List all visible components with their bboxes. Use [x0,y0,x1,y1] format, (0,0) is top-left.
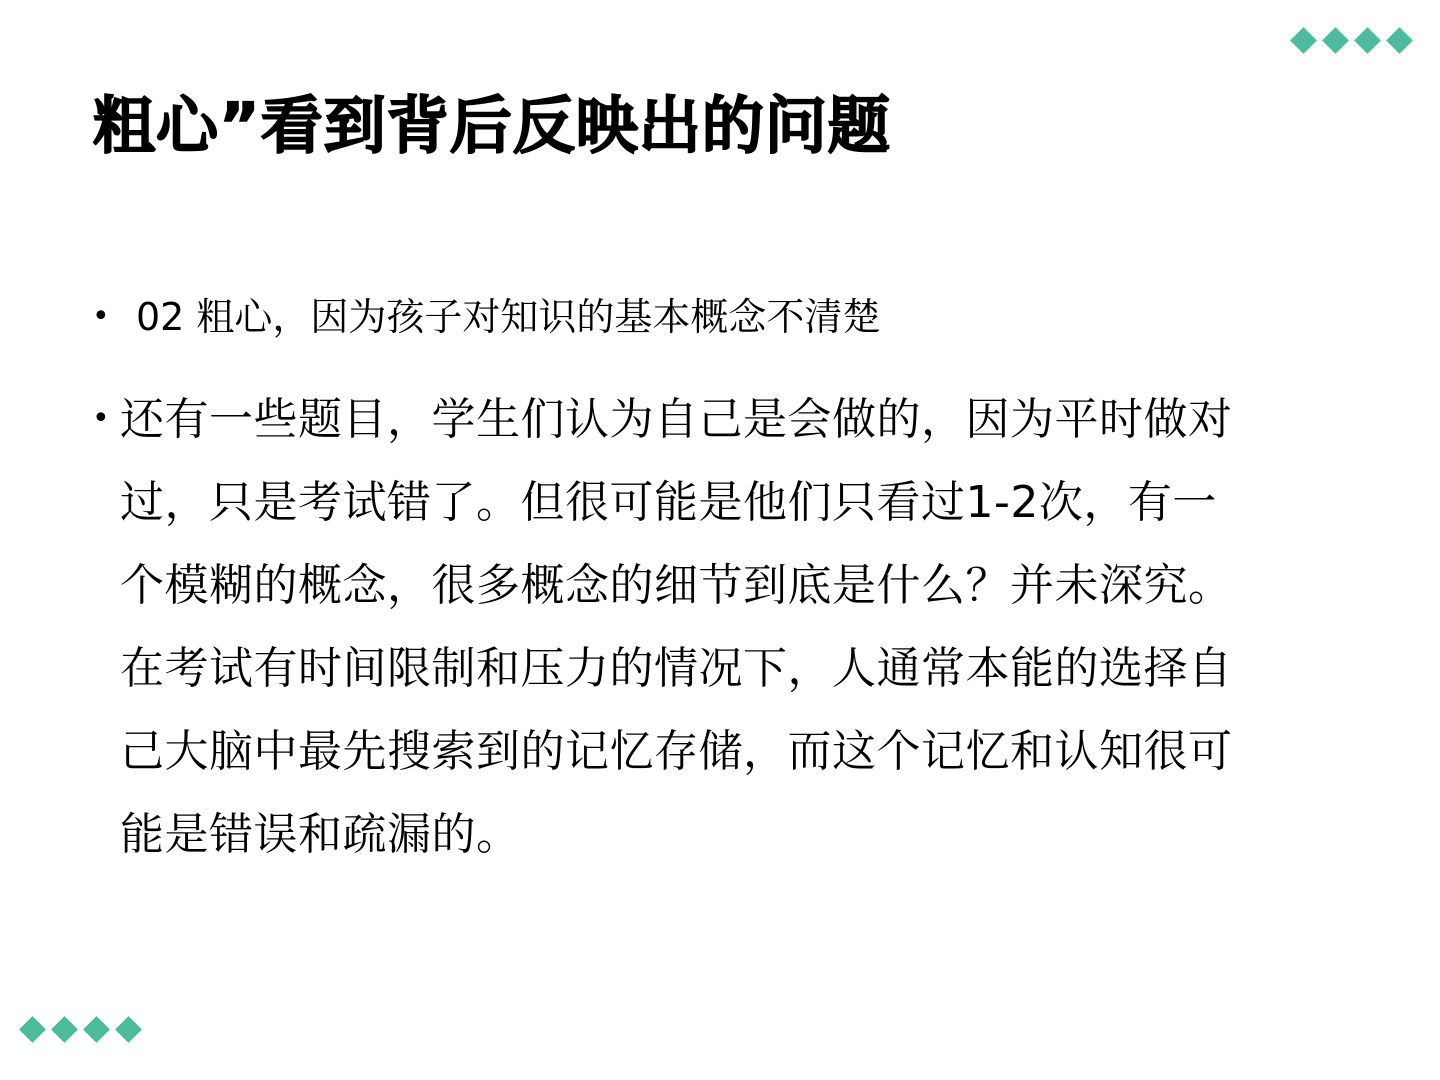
bullet-item: • 02 粗心，因为孩子对知识的基本概念不清楚 [92,288,1392,346]
paragraph-line: 能是错误和疏漏的。 [120,793,1233,876]
decoration-diamonds-top-right [1294,31,1409,50]
paragraph-line: 个模糊的概念，很多概念的细节到底是什么？并未深究。 [120,544,1233,627]
paragraph-line: 过，只是考试错了。但很可能是他们只看过1-2次，有一 [120,461,1233,544]
paragraph-line: 己大脑中最先搜索到的记忆存储，而这个记忆和认知很可 [120,710,1233,793]
bullet-item: • 还有一些题目，学生们认为自己是会做的，因为平时做对 过，只是考试错了。但很可… [92,378,1392,876]
slide-title: 粗心”看到背后反映出的问题 [93,86,891,166]
diamond-icon [1322,27,1349,54]
paragraph-line: 在考试有时间限制和压力的情况下，人通常本能的选择自 [120,627,1233,710]
decoration-diamonds-bottom-left [23,1020,138,1039]
diamond-icon [19,1016,46,1043]
diamond-icon [1386,27,1413,54]
paragraph-line: 还有一些题目，学生们认为自己是会做的，因为平时做对 [120,378,1233,461]
diamond-icon [51,1016,78,1043]
bullet-marker: • [92,378,120,460]
diamond-icon [1354,27,1381,54]
bullet-marker: • [92,288,120,346]
diamond-icon [83,1016,110,1043]
bullet-paragraph: 还有一些题目，学生们认为自己是会做的，因为平时做对 过，只是考试错了。但很可能是… [120,378,1233,876]
bullet-text: 02 粗心，因为孩子对知识的基本概念不清楚 [120,288,880,346]
diamond-icon [115,1016,142,1043]
bullet-list: • 02 粗心，因为孩子对知识的基本概念不清楚 • 还有一些题目，学生们认为自己… [92,288,1392,876]
diamond-icon [1290,27,1317,54]
